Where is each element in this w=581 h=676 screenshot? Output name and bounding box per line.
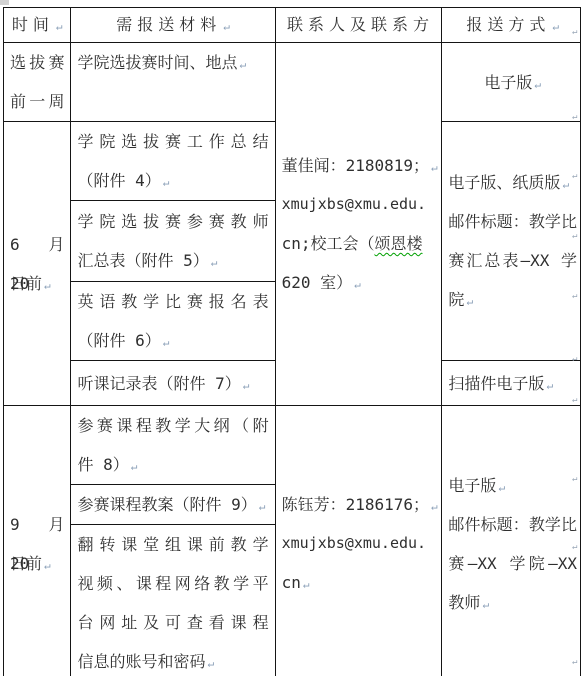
text-line: 视频、课程网络教学平: [77, 564, 268, 603]
text-line: 扫描件电子版↵: [448, 364, 577, 403]
text-line: 赛汇总表—XX 学: [448, 241, 577, 280]
submission-schedule-table: 时间↵ 需报送材料↵ 联系人及联系方式↵ 报送方式↵ 选拔赛 前一周↵ 学院选拔…: [3, 7, 581, 676]
paragraph-mark-icon: ↵: [163, 336, 170, 349]
paragraph-mark-icon: ↵: [466, 295, 473, 308]
text-line: 9 月 20: [10, 505, 64, 544]
text-line: 电子版↵: [448, 466, 577, 505]
text-line: 6 月 20: [10, 225, 64, 264]
material-cell-attachment-9: 参赛课程教案（附件 9）↵: [71, 485, 275, 525]
text-line: xmujxbs@xmu.edu.: [282, 185, 440, 224]
paragraph-mark-icon: ↵: [44, 279, 51, 292]
paragraph-mark-icon: ↵: [131, 460, 138, 473]
text-line: 陈钰芳：2186176；↵: [282, 485, 440, 524]
row-end-mark-icon: ↵: [572, 543, 577, 552]
text-line: （附件 4）↵: [77, 161, 268, 200]
row-end-mark-icon: ↵: [572, 355, 577, 364]
text-line: 需报送材料↵: [77, 9, 268, 41]
text-line: 院↵: [448, 280, 577, 319]
text-line: 邮件标题：教学比: [448, 202, 577, 241]
contact-cell-chen-yufang: 陈钰芳：2186176；↵ xmujxbs@xmu.edu. cn↵: [275, 406, 442, 676]
header-label-method: 报送方式: [466, 15, 550, 34]
paragraph-mark-icon: ↵: [562, 178, 569, 191]
row-end-mark-icon: ↵: [572, 292, 577, 301]
paragraph-mark-icon: ↵: [211, 256, 218, 269]
text-line: 学院选拔赛时间、地点↵: [77, 43, 268, 82]
row-end-mark-icon: ↵: [572, 475, 577, 484]
material-cell-attachment-4: 学院选拔赛工作总结 （附件 4）↵: [71, 122, 275, 201]
text-line: 邮件标题：教学比: [448, 505, 577, 544]
material-cell-attachment-8: 参赛课程教学大纲（附 件 8）↵: [71, 406, 275, 485]
material-cell-attachment-7: 听课记录表（附件 7）↵: [71, 361, 275, 406]
text-line: cn↵: [282, 563, 440, 602]
paragraph-mark-icon: ↵: [546, 379, 553, 392]
text-line: 翻转课堂组课前教学: [77, 525, 268, 564]
misspelled-word: 颂恩楼: [374, 234, 422, 253]
text-line: 教师↵: [448, 583, 577, 622]
line-break-mark-icon: ↵: [431, 161, 438, 174]
row-end-mark-icon: ↵: [572, 396, 577, 405]
paragraph-mark-icon: ↵: [56, 20, 63, 33]
header-cell-method: 报送方式↵: [442, 8, 581, 43]
material-cell-selection-time-place: 学院选拔赛时间、地点↵: [71, 43, 275, 122]
document-page: 时间↵ 需报送材料↵ 联系人及联系方式↵ 报送方式↵ 选拔赛 前一周↵ 学院选拔…: [0, 0, 581, 676]
text-line: 英语教学比赛报名表: [77, 282, 268, 321]
text-line: cn;校工会（颂恩楼: [282, 224, 440, 263]
material-cell-attachment-6: 英语教学比赛报名表 （附件 6）↵: [71, 282, 275, 361]
text-line: 参赛课程教学大纲（附: [77, 406, 268, 445]
paragraph-mark-icon: ↵: [498, 481, 505, 494]
text-line: 日前↵: [10, 264, 64, 303]
text-line: 件 8）↵: [77, 445, 268, 484]
header-cell-time: 时间↵: [4, 8, 71, 43]
table-row: 选拔赛 前一周↵ 学院选拔赛时间、地点↵ 董佳闻：2180819；↵ xmujx…: [4, 43, 581, 122]
row-end-mark-icon: ↵: [572, 113, 577, 122]
header-cell-contact: 联系人及联系方式↵: [275, 8, 442, 43]
text-line: 时间↵: [10, 9, 64, 41]
time-cell-june-20: 6 月 20 日前↵: [4, 122, 71, 406]
text-line: 赛—XX 学院—XX: [448, 544, 577, 583]
text-line: 台网址及可查看课程: [77, 603, 268, 642]
paragraph-mark-icon: ↵: [482, 598, 489, 611]
line-break-mark-icon: ↵: [431, 500, 438, 513]
text-line: 学院选拔赛参赛教师: [77, 202, 268, 241]
text-line: 听课记录表（附件 7）↵: [77, 364, 268, 403]
text-line: 电子版、纸质版↵: [448, 163, 577, 202]
paragraph-mark-icon: ↵: [534, 78, 541, 91]
text-line: 参赛课程教案（附件 9）↵: [77, 485, 268, 524]
paragraph-mark-icon: ↵: [239, 58, 246, 71]
paragraph-mark-icon: ↵: [243, 379, 250, 392]
table-row: 9 月 20 日前↵ 参赛课程教学大纲（附 件 8）↵ 陈钰芳：2186176；…: [4, 406, 581, 485]
text-line: xmujxbs@xmu.edu.: [282, 524, 440, 563]
paragraph-mark-icon: ↵: [44, 559, 51, 572]
table-header-row: 时间↵ 需报送材料↵ 联系人及联系方式↵ 报送方式↵: [4, 8, 581, 43]
corner-artifact: [0, 0, 9, 5]
paragraph-mark-icon: ↵: [552, 20, 559, 33]
text-line: 选拔赛: [10, 43, 64, 82]
text-line: 报送方式↵: [448, 9, 577, 41]
time-cell-september-20: 9 月 20 日前↵: [4, 406, 71, 676]
text-line: 电子版↵: [448, 63, 577, 102]
method-cell-electronic-and-paper: 电子版、纸质版↵ 邮件标题：教学比 赛汇总表—XX 学 院↵: [442, 122, 581, 361]
header-label-time: 时间: [12, 15, 54, 34]
text-line: 日前↵: [10, 544, 64, 583]
material-cell-flipped-classroom: 翻转课堂组课前教学 视频、课程网络教学平 台网址及可查看课程 信息的账号和密码↵: [71, 525, 275, 676]
paragraph-mark-icon: ↵: [303, 578, 310, 591]
text-line: 前一周↵: [10, 82, 64, 121]
method-cell-electronic-email-title: 电子版↵ 邮件标题：教学比 赛—XX 学院—XX 教师↵: [442, 406, 581, 676]
row-end-mark-icon: ↵: [572, 232, 577, 241]
paragraph-mark-icon: ↵: [207, 657, 214, 670]
row-end-mark-icon: ↵: [572, 658, 577, 667]
material-cell-attachment-5: 学院选拔赛参赛教师 汇总表（附件 5）↵: [71, 201, 275, 282]
text-line: （附件 6）↵: [77, 321, 268, 360]
contact-cell-dong-jiawen: 董佳闻：2180819；↵ xmujxbs@xmu.edu. cn;校工会（颂恩…: [275, 43, 442, 406]
time-cell-week-before: 选拔赛 前一周↵: [4, 43, 71, 122]
row-end-mark-icon: ↵: [572, 172, 577, 181]
text-line: 学院选拔赛工作总结: [77, 122, 268, 161]
method-cell-electronic: 电子版↵: [442, 43, 581, 122]
text-line: 汇总表（附件 5）↵: [77, 241, 268, 280]
text-line: 联系人及联系方式↵: [282, 9, 440, 41]
text-line: 董佳闻：2180819；↵: [282, 146, 440, 185]
header-label-contact: 联系人及联系方式: [287, 15, 434, 43]
header-cell-materials: 需报送材料↵: [71, 8, 275, 43]
paragraph-mark-icon: ↵: [163, 176, 170, 189]
paragraph-mark-icon: ↵: [354, 278, 361, 291]
method-cell-scanned-electronic: 扫描件电子版↵: [442, 361, 581, 406]
header-label-materials: 需报送材料: [116, 15, 221, 34]
paragraph-mark-icon: ↵: [223, 20, 230, 33]
text-line: 信息的账号和密码↵: [77, 642, 268, 676]
row-end-mark-icon: ↵: [572, 28, 577, 37]
paragraph-mark-icon: ↵: [259, 500, 266, 513]
text-line: 620 室）↵: [282, 263, 440, 302]
